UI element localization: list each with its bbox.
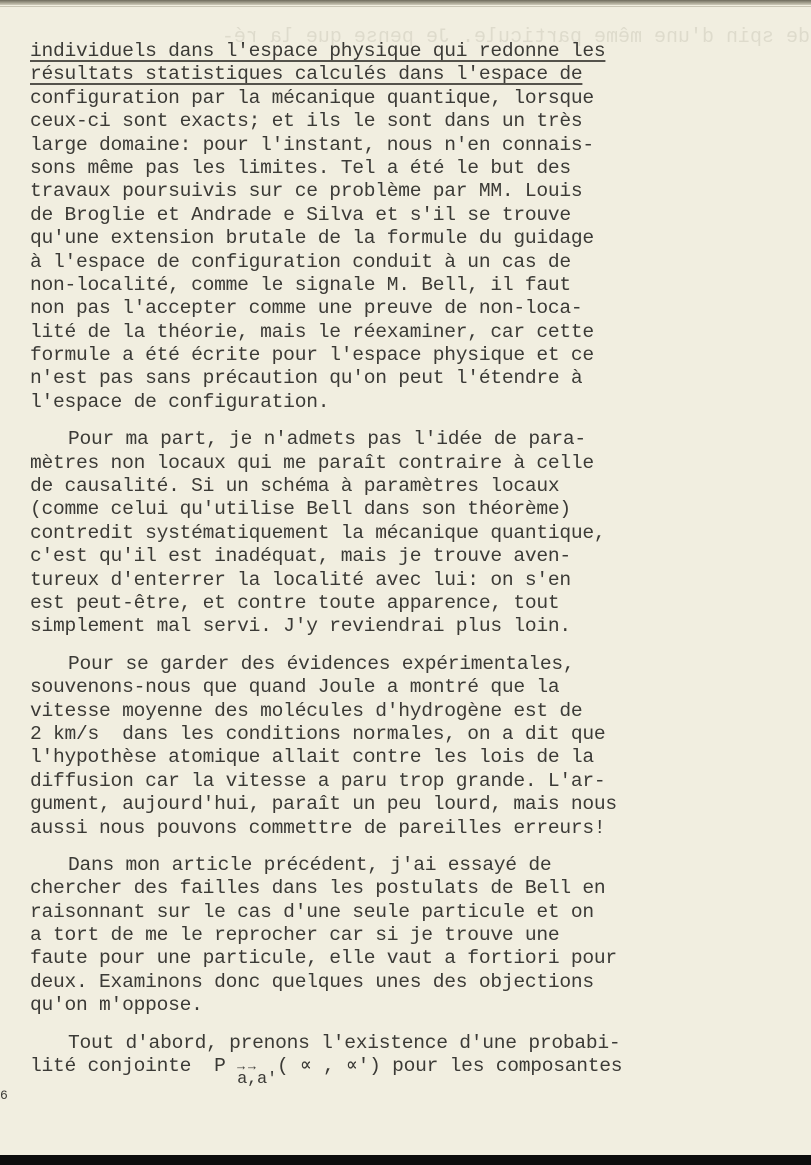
text-line: non pas l'accepter comme une preuve de n…: [30, 297, 770, 320]
text-line: (comme celui qu'utilise Bell dans son th…: [30, 498, 770, 521]
text-line: raisonnant sur le cas d'une seule partic…: [30, 901, 770, 924]
paragraph: Dans mon article précédent, j'ai essayé …: [30, 854, 770, 1018]
paragraph: Pour se garder des évidences expérimenta…: [30, 653, 770, 840]
text-line: vitesse moyenne des molécules d'hydrogèn…: [30, 700, 770, 723]
text-line: à l'espace de configuration conduit à un…: [30, 251, 770, 274]
paragraph: Pour ma part, je n'admets pas l'idée de …: [30, 428, 770, 639]
text-line: l'espace de configuration.: [30, 391, 770, 414]
text-line: diffusion car la vitesse a paru trop gra…: [30, 770, 770, 793]
vector-arrow-icon: →→: [237, 1055, 259, 1078]
text-line: est peut-être, et contre toute apparence…: [30, 592, 770, 615]
text-line: lité de la théorie, mais le réexaminer, …: [30, 321, 770, 344]
formula-arguments: ( ∝ , ∝'): [277, 1055, 381, 1077]
scan-top-edge: [0, 0, 811, 5]
text-line: de Broglie et Andrade e Silva et s'il se…: [30, 204, 770, 227]
text-line: large domaine: pour l'instant, nous n'en…: [30, 134, 770, 157]
text-line: de causalité. Si un schéma à paramètres …: [30, 475, 770, 498]
text-line: qu'une extension brutale de la formule d…: [30, 227, 770, 250]
text-line: deux. Examinons donc quelques unes des o…: [30, 971, 770, 994]
text-line: a tort de me le reprocher car si je trou…: [30, 924, 770, 947]
text-line: l'hypothèse atomique allait contre les l…: [30, 746, 770, 769]
text-line: sons même pas les limites. Tel a été le …: [30, 157, 770, 180]
scan-bottom-border: [0, 1155, 811, 1165]
text-line: Tout d'abord, prenons l'existence d'une …: [30, 1032, 770, 1055]
text-line: souvenons-nous que quand Joule a montré …: [30, 676, 770, 699]
text-line: gument, aujourd'hui, paraît un peu lourd…: [30, 793, 770, 816]
text-line: Dans mon article précédent, j'ai essayé …: [30, 854, 770, 877]
text-line: ceux-ci sont exacts; et ils le sont dans…: [30, 110, 770, 133]
text-line: formule a été écrite pour l'espace physi…: [30, 344, 770, 367]
text-line: n'est pas sans précaution qu'on peut l'é…: [30, 367, 770, 390]
text-line: individuels dans l'espace physique qui r…: [30, 40, 770, 63]
margin-page-number: 6: [0, 1088, 8, 1103]
text-line: tureux d'enterrer la localité avec lui: …: [30, 569, 770, 592]
text-line: non-localité, comme le signale M. Bell, …: [30, 274, 770, 297]
document-page: individuels dans l'espace physique qui r…: [30, 40, 770, 1092]
text-line: mètres non locaux qui me paraît contrair…: [30, 452, 770, 475]
text-line: travaux poursuivis sur ce problème par M…: [30, 180, 770, 203]
text-line: chercher des failles dans les postulats …: [30, 877, 770, 900]
text-line: aussi nous pouvons commettre de pareille…: [30, 817, 770, 840]
text-line: résultats statistiques calculés dans l'e…: [30, 63, 770, 86]
text-line: 2 km/s dans les conditions normales, on …: [30, 723, 770, 746]
text-line: configuration par la mécanique quantique…: [30, 87, 770, 110]
text-line: Pour se garder des évidences expérimenta…: [30, 653, 770, 676]
formula-subscript-vectors: a,a'→→: [237, 1068, 277, 1091]
text-line: contredit systématiquement la mécanique …: [30, 522, 770, 545]
text-line: lité conjointe P a,a'→→( ∝ , ∝') pour le…: [30, 1055, 770, 1078]
scan-top-rule: [0, 6, 811, 7]
text-line: qu'on m'oppose.: [30, 994, 770, 1017]
text-line: faute pour une particule, elle vaut a fo…: [30, 947, 770, 970]
text-line: Pour ma part, je n'admets pas l'idée de …: [30, 428, 770, 451]
text-line: simplement mal servi. J'y reviendrai plu…: [30, 615, 770, 638]
text-line: c'est qu'il est inadéquat, mais je trouv…: [30, 545, 770, 568]
paragraph: Tout d'abord, prenons l'existence d'une …: [30, 1032, 770, 1079]
paragraph: individuels dans l'espace physique qui r…: [30, 40, 770, 414]
